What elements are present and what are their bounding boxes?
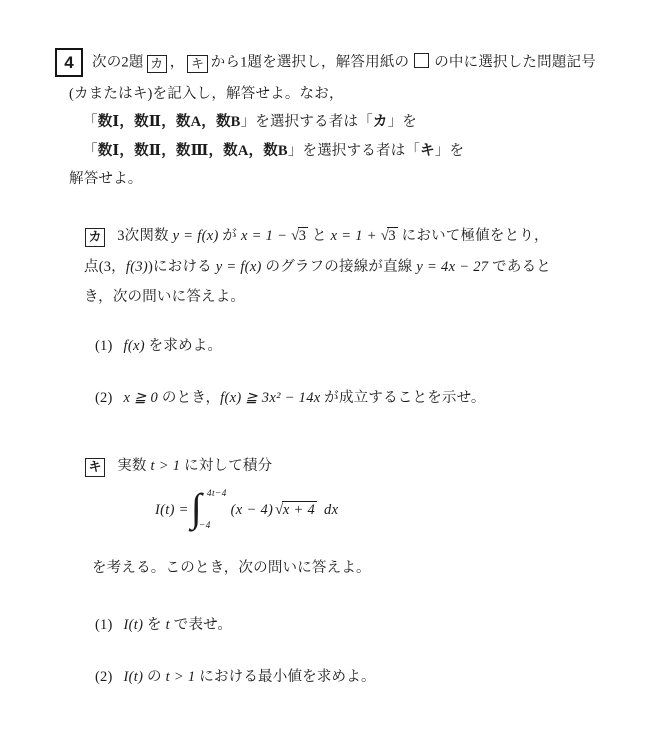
ki-intro1-jp2: に対して積分 — [180, 458, 272, 474]
sqrt-x-plus-4-radicand: x + 4 — [282, 501, 317, 519]
header-line3-key: カ — [373, 114, 388, 130]
ka-intro1-jp4: において極値をとり， — [398, 228, 549, 244]
subjects-list-ki: 数Ⅰ，数Ⅱ，数Ⅲ，数A，数B — [98, 143, 288, 159]
section-ki-label: キ — [89, 459, 102, 474]
header-line-2: (カまたはキ)を記入し，解答せよ。なお， — [69, 85, 344, 104]
problem-number-box: 4 — [55, 48, 83, 77]
problem-ki-outro: を考える。このとき，次の問いに答えよ。 — [92, 559, 371, 578]
section-ka-label: カ — [89, 229, 102, 244]
ki-q2-jp1: の — [143, 669, 165, 685]
ki-q1-jp2: で表せ。 — [170, 617, 232, 633]
header-line3-close: 」を選択する者は「 — [241, 114, 373, 130]
ka-intro2-math3: y = 4x − 27 — [416, 259, 488, 275]
header-line1-post: の中に選択した問題記号 — [434, 55, 596, 71]
ka-q1-math1: f(x) — [124, 338, 145, 354]
ki-q2-math1: I(t) — [124, 669, 144, 685]
choice-ki-box: キ — [187, 55, 207, 74]
ka-intro2-jp2: )における — [148, 259, 216, 275]
choice-ka-box: カ — [147, 55, 167, 74]
ki-intro1-jp1: 実数 — [117, 458, 150, 474]
formula-lhs: I(t) = — [155, 501, 189, 520]
integral-lower-limit: −4 — [199, 520, 219, 532]
header-line-5: 解答せよ。 — [69, 170, 143, 189]
formula-dx: dx — [324, 501, 338, 520]
section-ki-box: キ — [85, 458, 105, 477]
ki-outro-text: を考える。このとき，次の問いに答えよ。 — [92, 560, 371, 576]
header-line4-close: 」を選択する者は「 — [288, 143, 420, 159]
ka-intro1-jp2: が — [219, 228, 241, 244]
problem-ka-question-2: (2)x ≧ 0 のとき，f(x) ≧ 3x² − 14x が成立することを示せ… — [95, 389, 486, 408]
problem-ka-line-1: カ3次関数 y = f(x) が x = 1 − √3 と x = 1 + √3… — [85, 227, 549, 247]
header-line3-end: 」を — [388, 114, 417, 130]
sqrt-x-plus-4: √x + 4 — [275, 501, 317, 520]
problem-ka-line-3: き，次の問いに答えよ。 — [84, 288, 245, 307]
header-line4-key: キ — [420, 143, 435, 159]
ki-q1-math1: I(t) — [124, 617, 144, 633]
ka-intro2-jp4: であると — [488, 259, 551, 275]
header-line2-text: (カまたはキ)を記入し，解答せよ。なお， — [69, 86, 344, 102]
ka-intro2-math2: y = f(x) — [216, 259, 262, 275]
ka-intro2-jp3: のグラフの接線が直線 — [262, 259, 417, 275]
ka-q2-math1: x ≧ 0 — [124, 390, 159, 406]
ki-q2-number: (2) — [95, 669, 113, 685]
ka-intro2-jp1: 点(3， — [84, 259, 126, 275]
integral-upper-limit: 4t−4 — [207, 488, 227, 500]
header-line1-mid: から1題を選択し，解答用紙の — [211, 55, 410, 71]
ki-q1-jp1: を — [143, 617, 165, 633]
ki-intro1-math1: t > 1 — [150, 458, 180, 474]
answer-mark-square — [414, 53, 429, 68]
ki-q2-math2: t > 1 — [166, 669, 196, 685]
problem-ki-question-2: (2)I(t) の t > 1 における最小値を求めよ。 — [95, 668, 376, 687]
header-line4-open: 「 — [83, 143, 98, 159]
choice-ki-label: キ — [191, 56, 204, 71]
header-line1-pre: 次の2題 — [92, 55, 144, 71]
ki-integral-formula: I(t) = ∫ 4t−4 −4 (x − 4) √x + 4 dx — [155, 486, 338, 534]
header-line3-open: 「 — [83, 114, 98, 130]
problem-ki-question-1: (1)I(t) を t で表せ。 — [95, 616, 232, 635]
sqrt-3-second: √3 — [381, 227, 398, 246]
ka-q1-number: (1) — [95, 338, 113, 354]
ka-q2-jp1: のとき， — [158, 390, 220, 406]
problem-number: 4 — [64, 53, 73, 73]
header-line-3: 「数Ⅰ，数Ⅱ，数A，数B」を選択する者は「カ」を — [83, 113, 417, 132]
header-line-1: 次の2題カ，キから1題を選択し，解答用紙のの中に選択した問題記号 — [92, 53, 596, 73]
sqrt-3-first: √3 — [291, 227, 308, 246]
ka-intro1-math3: x = 1 + — [331, 228, 381, 244]
ka-q2-jp2: が成立することを示せ。 — [320, 390, 485, 406]
formula-integrand: (x − 4) — [231, 501, 273, 520]
ka-intro2-math1: f(3) — [126, 259, 148, 275]
header-line1-comma: ， — [170, 55, 185, 71]
problem-ki-line-1: キ実数 t > 1 に対して積分 — [85, 457, 272, 477]
ka-intro1-jp1: 3次関数 — [117, 228, 172, 244]
section-ka-box: カ — [85, 228, 105, 247]
choice-ka-label: カ — [150, 56, 163, 71]
subjects-list-ka: 数Ⅰ，数Ⅱ，数A，数B — [98, 114, 241, 130]
header-line4-end: 」を — [435, 143, 464, 159]
integral-limits: 4t−4 −4 — [204, 488, 224, 532]
ka-q1-jp1: を求めよ。 — [145, 338, 222, 354]
ka-intro1-math1: y = f(x) — [173, 228, 219, 244]
problem-ka-line-2: 点(3，f(3))における y = f(x) のグラフの接線が直線 y = 4x… — [84, 258, 551, 277]
ki-q1-number: (1) — [95, 617, 113, 633]
ka-q2-math2: f(x) ≧ 3x² − 14x — [220, 390, 320, 406]
sqrt-3-first-radicand: 3 — [298, 227, 308, 245]
ka-intro1-math2: x = 1 − — [241, 228, 291, 244]
ka-q2-number: (2) — [95, 390, 113, 406]
header-line5-text: 解答せよ。 — [69, 171, 143, 187]
problem-ka-question-1: (1)f(x) を求めよ。 — [95, 337, 222, 356]
header-line-4: 「数Ⅰ，数Ⅱ，数Ⅲ，数A，数B」を選択する者は「キ」を — [83, 142, 464, 161]
exam-document-page: 4 次の2題カ，キから1題を選択し，解答用紙のの中に選択した問題記号 (カまたは… — [0, 0, 650, 737]
ki-q2-jp2: における最小値を求めよ。 — [195, 669, 375, 685]
ka-intro1-jp3: と — [308, 228, 330, 244]
sqrt-3-second-radicand: 3 — [387, 227, 397, 245]
ka-intro3-text: き，次の問いに答えよ。 — [84, 289, 245, 305]
